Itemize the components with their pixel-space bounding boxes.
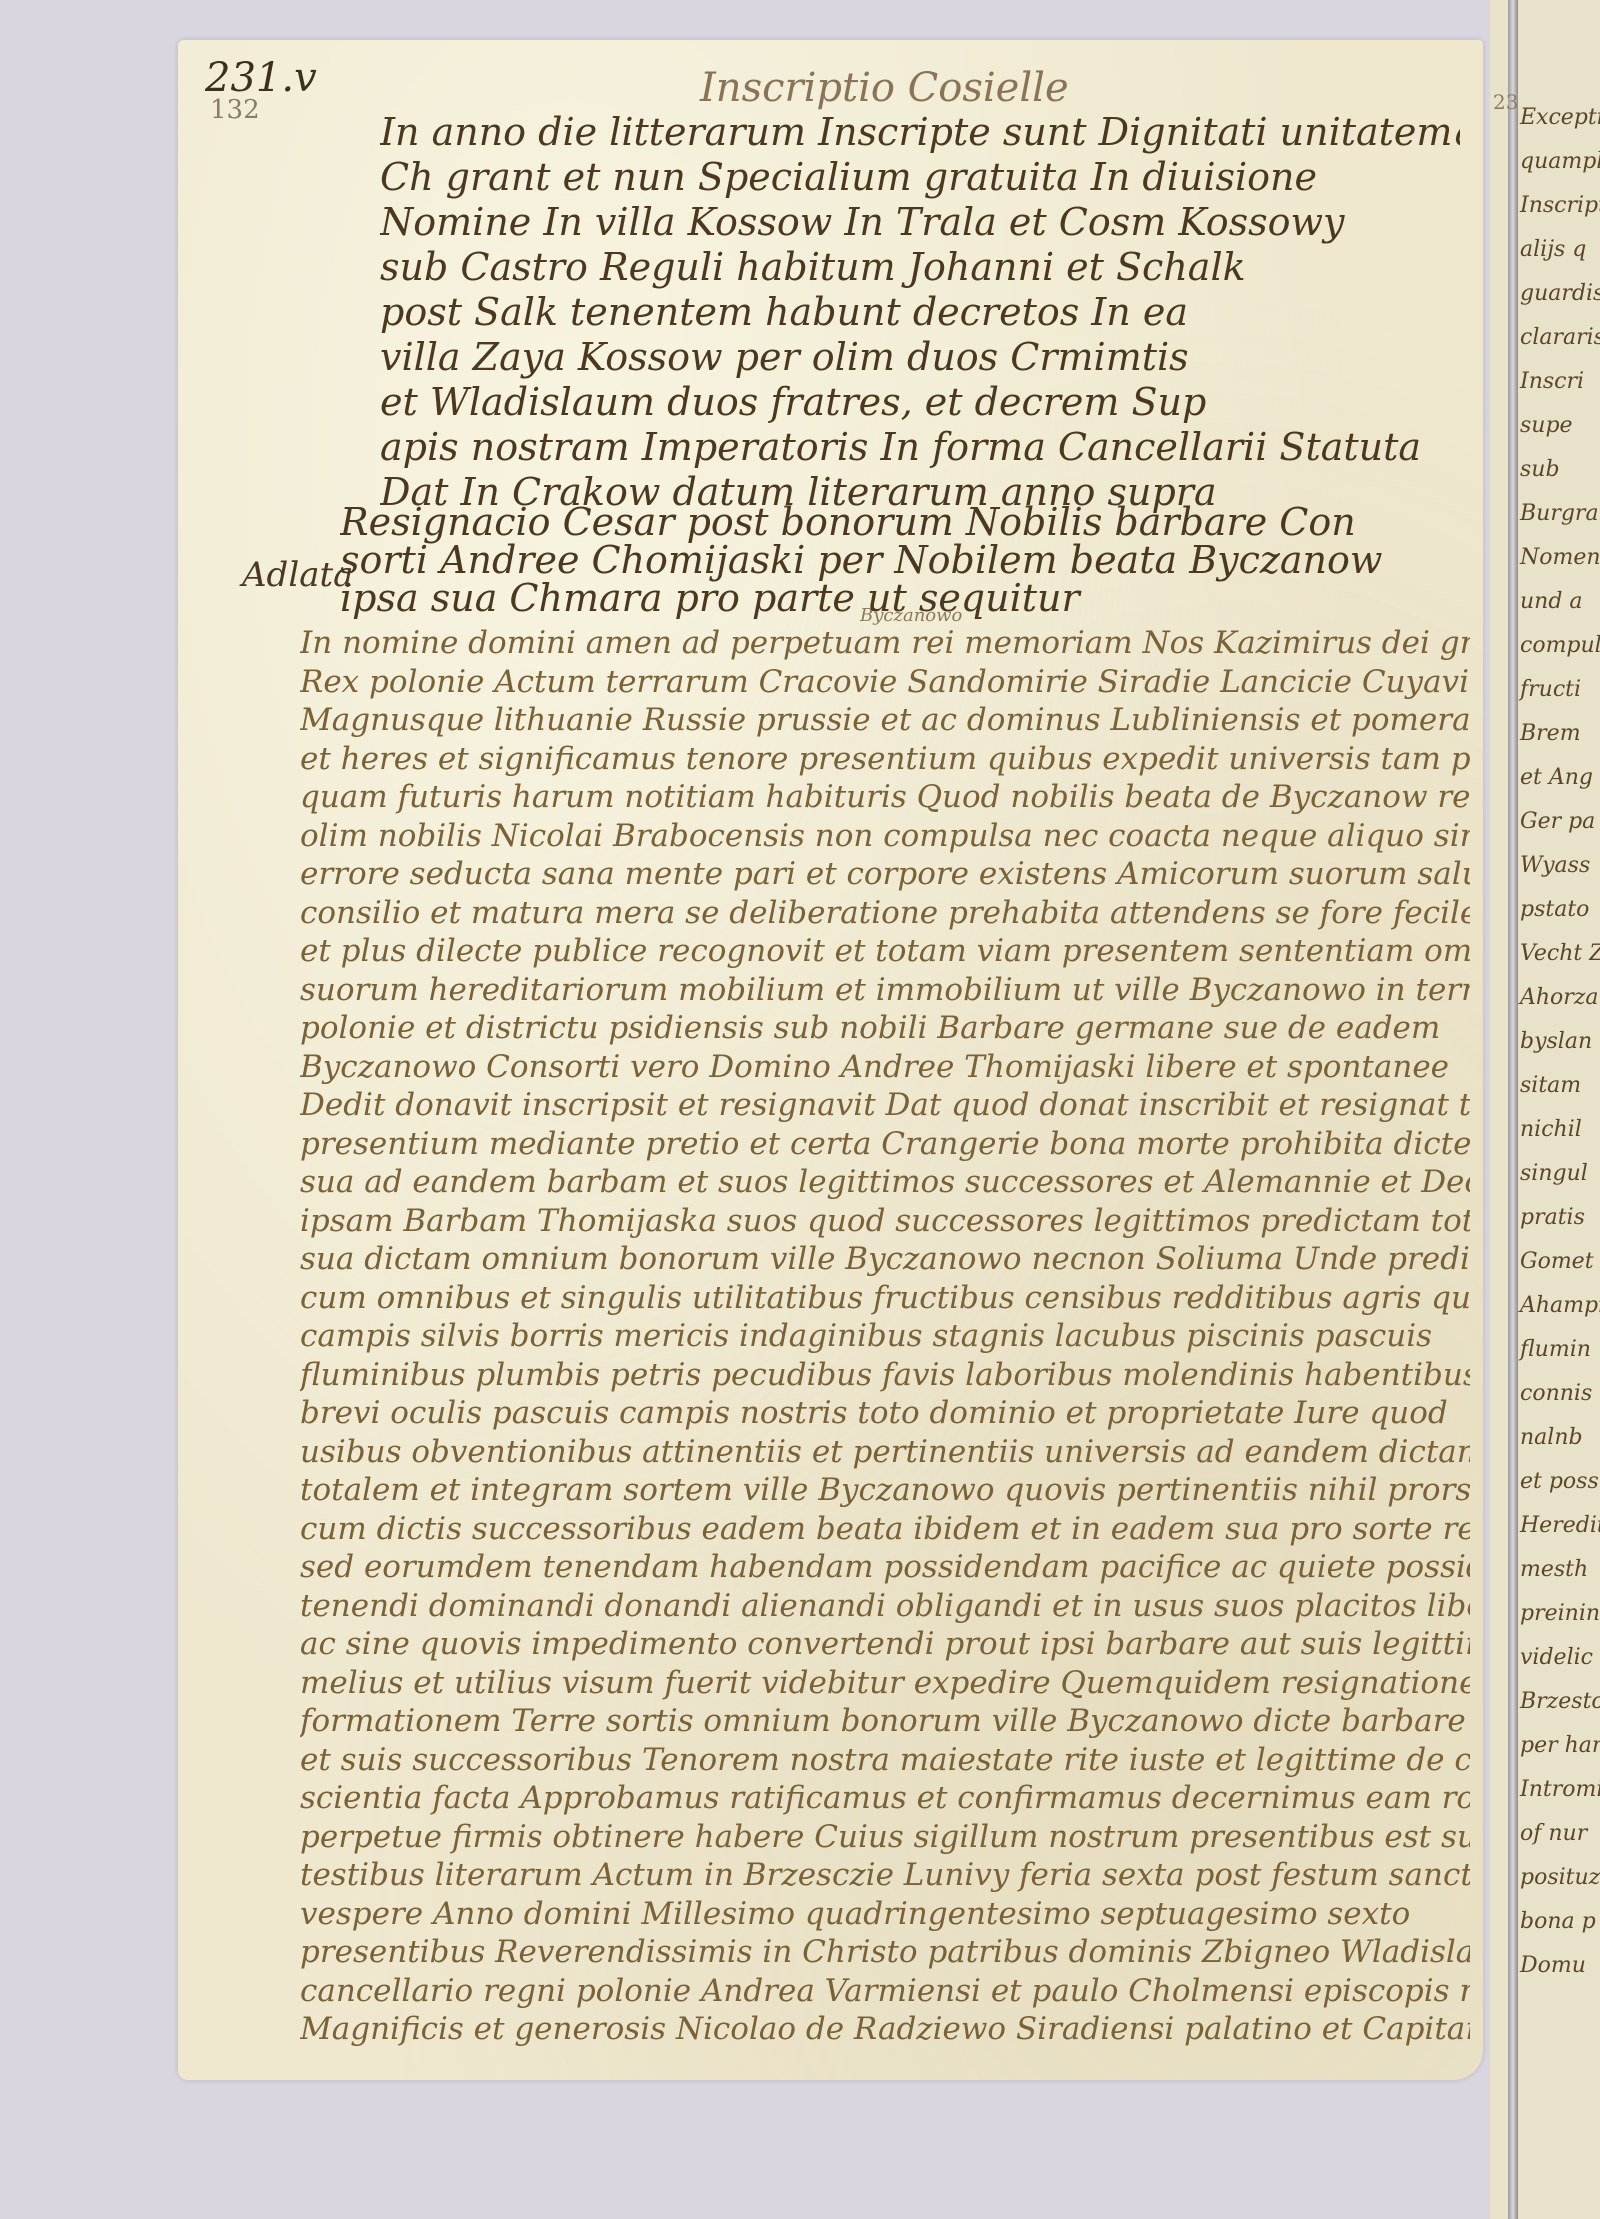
facing-page-line: sitam: [1520, 1073, 1581, 1098]
facing-page-line: Wyass: [1520, 853, 1590, 878]
manuscript-line: apis nostram Imperatoris In forma Cancel…: [380, 425, 1460, 469]
facing-page-line: flumin: [1520, 1337, 1591, 1362]
manuscript-line: Byczanowo Consorti vero Domino Andree Th…: [300, 1049, 1470, 1085]
manuscript-line: formationem Terre sortis omnium bonorum …: [300, 1703, 1470, 1739]
manuscript-line: Nomine In villa Kossow In Trala et Cosm …: [380, 200, 1460, 244]
facing-page-line: posituz: [1520, 1865, 1600, 1890]
manuscript-line: Magnificis et generosis Nicolao de Radzi…: [300, 2011, 1470, 2047]
facing-page-line: Vecht Ze: [1520, 941, 1600, 966]
facing-page-line: guardis: [1520, 281, 1600, 306]
manuscript-line: In anno die litterarum Inscripte sunt Di…: [380, 110, 1460, 154]
facing-page-line: pstato: [1520, 897, 1589, 922]
manuscript-line: Rex polonie Actum terrarum Cracovie Sand…: [300, 664, 1470, 700]
facing-page-line: nalnb: [1520, 1425, 1583, 1450]
facing-page-line: Inscri: [1520, 369, 1584, 394]
manuscript-line: cum omnibus et singulis utilitatibus fru…: [300, 1280, 1470, 1316]
facing-page-line: Exceptis: [1520, 105, 1600, 130]
facing-page-line: sub: [1520, 457, 1560, 482]
book-gutter: [1508, 0, 1518, 2219]
facing-page-line: et Ang: [1520, 765, 1593, 790]
manuscript-line: suorum hereditariorum mobilium et immobi…: [300, 972, 1470, 1008]
manuscript-line: sua dictam omnium bonorum ville Byczanow…: [300, 1241, 1470, 1277]
old-folio-number: 132: [210, 95, 260, 125]
facing-page-line: compul: [1520, 633, 1600, 658]
manuscript-line: Magnusque lithuanie Russie prussie et ac…: [300, 702, 1470, 738]
manuscript-line: et plus dilecte publice recognovit et to…: [300, 933, 1470, 969]
facing-page-line: bona p: [1520, 1909, 1596, 1934]
facing-page-line: et possi: [1520, 1469, 1600, 1494]
facing-page-line: Heredit: [1520, 1513, 1600, 1538]
manuscript-line: campis silvis borris mericis indaginibus…: [300, 1318, 1470, 1354]
facing-page-line: alijs q: [1520, 237, 1586, 262]
facing-page-line: byslan: [1520, 1029, 1592, 1054]
page-heading: Inscriptio Cosielle: [700, 65, 1069, 111]
manuscript-line: sua ad eandem barbam et suos legittimos …: [300, 1164, 1470, 1200]
manuscript-line: Ch grant et nun Specialium gratuita In d…: [380, 155, 1460, 199]
manuscript-line: scientia facta Approbamus ratificamus et…: [300, 1780, 1470, 1816]
facing-page-line: Brem: [1520, 721, 1581, 746]
facing-page-line: Gomet: [1520, 1249, 1594, 1274]
manuscript-line: cum dictis successoribus eadem beata ibi…: [300, 1511, 1470, 1547]
manuscript-line: olim nobilis Nicolai Brabocensis non com…: [300, 818, 1470, 854]
manuscript-line: perpetue firmis obtinere habere Cuius si…: [300, 1819, 1470, 1855]
manuscript-line: polonie et districtu psidiensis sub nobi…: [300, 1010, 1470, 1046]
margin-annotation: Adlata: [242, 555, 353, 595]
facing-page-line: Nomen: [1520, 545, 1600, 570]
manuscript-line: cancellario regni polonie Andrea Varmien…: [300, 1973, 1470, 2009]
facing-page-line: Domu: [1520, 1953, 1586, 1978]
facing-page-line: supe: [1520, 413, 1573, 438]
manuscript-line: ac sine quovis impedimento convertendi p…: [300, 1626, 1470, 1662]
facing-page-line: mesth: [1520, 1557, 1588, 1582]
manuscript-line: consilio et matura mera se deliberatione…: [300, 895, 1470, 931]
manuscript-line: tenendi dominandi donandi alienandi obli…: [300, 1588, 1470, 1624]
facing-page-line: Burgra: [1520, 501, 1599, 526]
manuscript-line: et suis successoribus Tenorem nostra mai…: [300, 1742, 1470, 1778]
manuscript-line: ipsa sua Chmara pro parte ut sequitur: [340, 576, 1470, 620]
manuscript-line: ipsam Barbam Thomijaska suos quod succes…: [300, 1203, 1470, 1239]
manuscript-line: post Salk tenentem habunt decretos In ea: [380, 290, 1460, 334]
facing-page-line: nichil: [1520, 1117, 1582, 1142]
facing-page-line: pratis: [1520, 1205, 1585, 1230]
manuscript-line: testibus literarum Actum in Brzesczie Lu…: [300, 1857, 1470, 1893]
manuscript-line: et heres et significamus tenore presenti…: [300, 741, 1470, 777]
facing-page-line: videlic: [1520, 1645, 1593, 1670]
manuscript-line: melius et utilius visum fuerit videbitur…: [300, 1665, 1470, 1701]
manuscript-line: quam futuris harum notitiam habituris Qu…: [300, 779, 1470, 815]
facing-folio-number: 23: [1493, 90, 1518, 114]
manuscript-line: Dedit donavit inscripsit et resignavit D…: [300, 1087, 1470, 1123]
facing-page-line: clararis: [1520, 325, 1600, 350]
manuscript-line: sed eorumdem tenendam habendam possidend…: [300, 1549, 1470, 1585]
manuscript-line: In nomine domini amen ad perpetuam rei m…: [300, 625, 1470, 661]
manuscript-line: errore seducta sana mente pari et corpor…: [300, 856, 1470, 892]
manuscript-line: villa Zaya Kossow per olim duos Crmimtis: [380, 335, 1460, 379]
facing-page-line: per han: [1520, 1733, 1600, 1758]
manuscript-line: usibus obventionibus attinentiis et pert…: [300, 1434, 1470, 1470]
manuscript-line: presentium mediante pretio et certa Cran…: [300, 1126, 1470, 1162]
facing-page-line: of nur: [1520, 1821, 1587, 1846]
facing-page-line: und a: [1520, 589, 1583, 614]
facing-page-line: Intromi: [1520, 1777, 1600, 1802]
manuscript-line: et Wladislaum duos fratres, et decrem Su…: [380, 380, 1460, 424]
facing-page-line: Ger pa: [1520, 809, 1595, 834]
facing-page-line: connis: [1520, 1381, 1592, 1406]
facing-page-line: quamplurimis: [1520, 149, 1600, 174]
facing-page-line: preinin: [1520, 1601, 1600, 1626]
manuscript-line: presentibus Reverendissimis in Christo p…: [300, 1934, 1470, 1970]
facing-page-line: fructi: [1520, 677, 1581, 702]
facing-page-line: Ahampi: [1520, 1293, 1600, 1318]
facing-page-line: singul: [1520, 1161, 1588, 1186]
facing-page-line: Ahorza: [1520, 985, 1599, 1010]
manuscript-line: brevi oculis pascuis campis nostris toto…: [300, 1395, 1470, 1431]
manuscript-line: totalem et integram sortem ville Byczano…: [300, 1472, 1470, 1508]
facing-page-line: Inscriptis: [1520, 193, 1600, 218]
manuscript-line: vespere Anno domini Millesimo quadringen…: [300, 1896, 1470, 1932]
facing-page-line: Brzeston: [1520, 1689, 1600, 1714]
manuscript-line: sub Castro Reguli habitum Johanni et Sch…: [380, 245, 1460, 289]
manuscript-line: fluminibus plumbis petris pecudibus favi…: [300, 1357, 1470, 1393]
